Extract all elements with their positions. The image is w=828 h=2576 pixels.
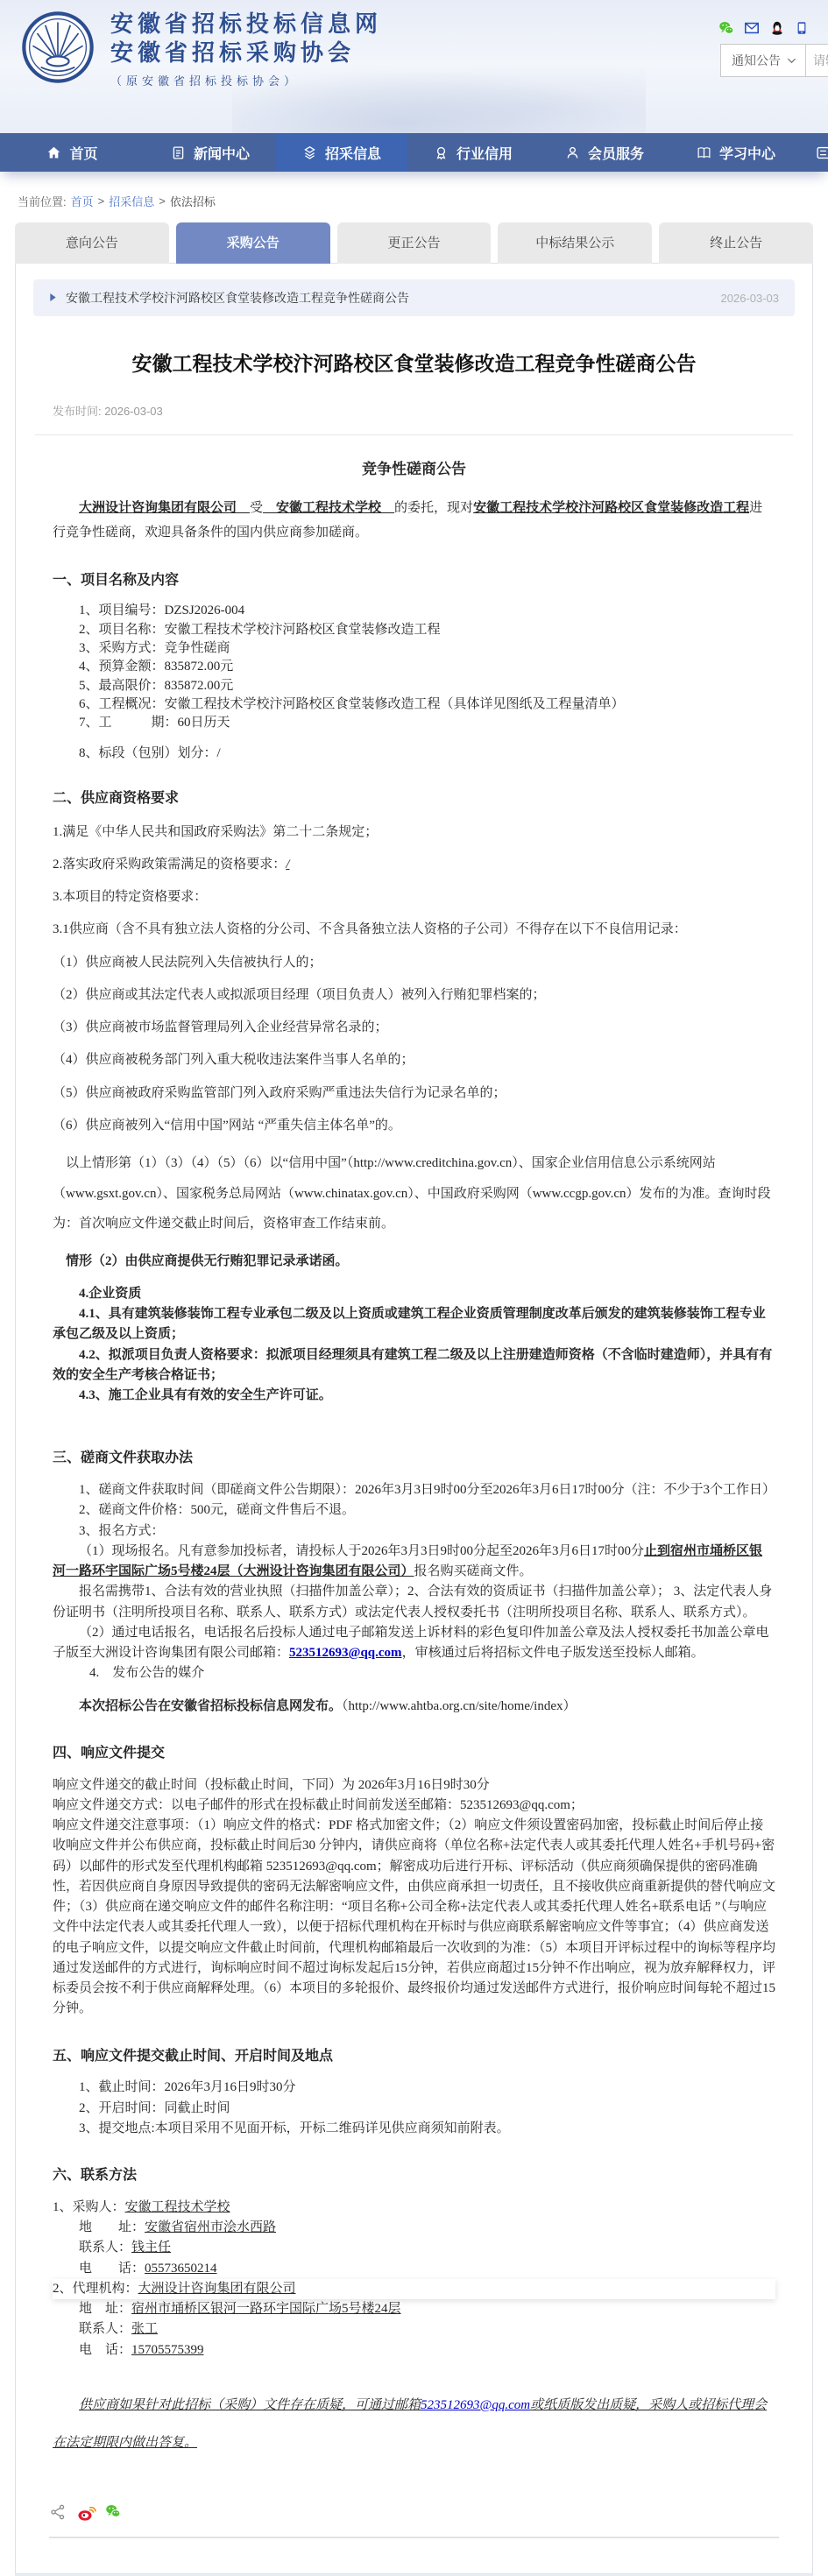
tab-更正公告[interactable]: 更正公告 (337, 222, 492, 264)
doc-paragraph: 1、截止时间：2026年3月16日9时30分 (53, 2078, 775, 2098)
news-icon (171, 145, 186, 160)
nav-item-news[interactable]: 新闻中心 (145, 133, 276, 172)
doc-text: 5、最高限价：835872.00元 (79, 679, 233, 693)
doc-paragraph: 情形（2）由供应商提供无行贿犯罪记录承诺函。 (53, 1252, 775, 1272)
doc-paragraph: 地 址：安徽省宿州市浍水西路 (53, 2218, 775, 2238)
site-title: 安徽省招标投标信息网 安徽省招标采购协会 （原安徽省招标投标协会） (110, 11, 382, 88)
doc-text: （6）供应商被列入“信用中国”网站 “严重失信主体名单”的。 (53, 1119, 401, 1133)
document-body: 竞争性磋商公告大洲设计咨询集团有限公司 受 安徽工程技术学校 的委托，现对安徽工… (53, 458, 775, 2461)
doc-paragraph: 8、标段（包别）划分：/ (53, 745, 775, 763)
caret-right-icon (49, 293, 57, 304)
doc-text: 2、代理机构： (53, 2282, 138, 2296)
doc-text: 一、项目名称及内容 (53, 573, 179, 588)
doc-text: 安徽工程技术学校汴河路校区食堂装修改造工程 (473, 501, 749, 515)
doc-paragraph: 6、工程概况：安徽工程技术学校汴河路校区食堂装修改造工程（具体详见图纸及工程量清… (53, 695, 775, 714)
doc-text: 响应文件递交方式：以电子邮件的形式在投标截止时间前发送至邮箱：523512693… (53, 1798, 584, 1812)
doc-text: 竞争性磋商公告 (362, 461, 466, 477)
mail-icon[interactable] (744, 20, 760, 36)
doc-paragraph: （6）供应商被列入“信用中国”网站 “严重失信主体名单”的。 (53, 1116, 775, 1136)
doc-paragraph: 大洲设计咨询集团有限公司 受 安徽工程技术学校 的委托，现对安徽工程技术学校汴河… (53, 496, 775, 546)
publish-time-label: 发布时间: (53, 405, 102, 418)
tab-中标结果公示[interactable]: 中标结果公示 (498, 222, 652, 264)
member-icon (565, 145, 580, 160)
doc-paragraph: 2.落实政府采购政策需满足的资格要求：/ (53, 855, 775, 875)
doc-text: 1、磋商文件获取时间（即磋商文件公告期限）：2026年3月3日9时00分至202… (79, 1483, 775, 1497)
doc-text: 2.落实政府采购政策需满足的资格要求： (53, 857, 286, 872)
site-subtitle: （原安徽省招标投标协会） (110, 72, 382, 88)
doc-heading: 三、磋商文件获取办法 (53, 1448, 775, 1470)
doc-heading: 竞争性磋商公告 (53, 458, 775, 481)
site-logo-block[interactable]: 安徽省招标投标信息网 安徽省招标采购协会 （原安徽省招标投标协会） (21, 11, 382, 88)
breadcrumb-current: 依法招标 (170, 193, 216, 209)
doc-text: 电 话： (79, 2343, 131, 2357)
weibo-icon[interactable] (77, 2503, 96, 2523)
doc-paragraph: 3、提交地点:本项目采用不见面开标，开标二维码详见供应商须知前附表。 (53, 2119, 775, 2139)
doc-paragraph: 1.满足《中华人民共和国政府采购法》第二十二条规定； (53, 822, 775, 843)
doc-text: 1、截止时间：2026年3月16日9时30分 (79, 2080, 296, 2094)
doc-paragraph: 4.1、具有建筑装修装饰工程专业承包二级及以上资质或建筑工程企业资质管理制度改革… (53, 1304, 775, 1345)
doc-heading: 四、响应文件提交 (53, 1743, 775, 1765)
article-title: 安徽工程技术学校汴河路校区食堂装修改造工程竞争性磋商公告 (60, 349, 768, 378)
doc-paragraph: 电 话：15705575399 (53, 2340, 775, 2361)
doc-paragraph: （1）供应商被人民法院列入失信被执行人的； (53, 953, 775, 973)
doc-paragraph: 3.本项目的特定资格要求： (53, 887, 775, 907)
doc-paragraph: （5）供应商被政府采购监管部门列入政府采购严重违法失信行为记录名单的； (53, 1083, 775, 1104)
doc-paragraph: 4、预算金额：835872.00元 (53, 658, 775, 676)
doc-text: 供应商如果针对此招标（采购）文件存在质疑，可通过邮箱 (79, 2398, 421, 2412)
doc-text: （2）供应商或其法定代表人或拟派项目经理（项目负责人）被列入行贿犯罪档案的； (53, 988, 546, 1002)
doc-paragraph: （3）供应商被市场监督管理局列入企业经营异常名录的； (53, 1018, 775, 1038)
study-icon (697, 145, 711, 160)
share-icon[interactable] (49, 2503, 68, 2523)
wechat-icon[interactable] (718, 20, 734, 36)
nav-bar: 首页新闻中心招采信息行业信用会员服务学习中心 (0, 133, 828, 172)
doc-text: 2、项目名称：安徽工程技术学校汴河路校区食堂装修改造工程 (79, 623, 441, 637)
nav-item-label: 行业信用 (456, 143, 513, 163)
nav-item-label: 会员服务 (588, 143, 644, 163)
search-category-label: 通知公告 (732, 52, 781, 69)
doc-text: 情形（2）由供应商提供无行贿犯罪记录承诺函。 (53, 1254, 349, 1268)
doc-text: （1）现场报名。凡有意参加投标者，请投标人于2026年3月3日9时00分起至20… (79, 1544, 644, 1558)
doc-paragraph: 1、项目编号：DZSJ2026-004 (53, 602, 775, 620)
doc-text: 报名购买磋商文件。 (414, 1564, 533, 1578)
doc-text: 4.2、拟派项目负责人资格要求：拟派项目经理须具有建筑工程二级及以上注册建造师资… (53, 1348, 772, 1382)
list-item-date: 2026-03-03 (721, 292, 780, 305)
nav-item-more[interactable] (802, 133, 828, 172)
doc-text: 4. 发布公告的媒介 (89, 1666, 204, 1680)
nav-item-industry-credit[interactable]: 行业信用 (407, 133, 539, 172)
doc-paragraph: 2、项目名称：安徽工程技术学校汴河路校区食堂装修改造工程 (53, 621, 775, 639)
breadcrumb-separator: > (159, 194, 166, 208)
doc-text: 6、工程概况：安徽工程技术学校汴河路校区食堂装修改造工程（具体详见图纸及工程量清… (79, 697, 625, 711)
doc-paragraph: 地 址：宿州市埇桥区银河一路环宇国际广场5号楼24层 (53, 2299, 775, 2319)
doc-paragraph: 2、开启时间：同截止时间 (53, 2099, 775, 2119)
doc-heading: 六、联系方法 (53, 2165, 775, 2187)
doc-text: 六、联系方法 (53, 2168, 137, 2183)
doc-text: 4、预算金额：835872.00元 (79, 660, 233, 674)
doc-text: （http://www.ahtba.org.cn/site/home/index… (342, 1699, 576, 1713)
doc-text: 五、响应文件提交截止时间、开启时间及地点 (53, 2049, 333, 2064)
doc-text: （1）供应商被人民法院列入失信被执行人的； (53, 956, 322, 970)
doc-paragraph: （1）现场报名。凡有意参加投标者，请投标人于2026年3月3日9时00分起至20… (53, 1542, 775, 1583)
breadcrumb: 当前位置: 首页>招采信息>依法招标 (18, 193, 828, 209)
header-quick-icons (718, 20, 810, 36)
doc-text: 3、报名方式： (79, 1524, 165, 1538)
doc-paragraph: 4.3、施工企业具有有效的安全生产许可证。 (53, 1386, 775, 1406)
breadcrumb-separator: > (98, 194, 105, 208)
doc-text: 响应文件递交注意事项：（1）响应文件的格式：PDF 格式加密文件；（2）响应文件… (53, 1818, 775, 2015)
doc-paragraph: 7、工 期：60日历天 (53, 714, 775, 732)
doc-paragraph: 4.企业资质 (53, 1284, 775, 1304)
site-title-line2: 安徽省招标采购协会 (110, 39, 382, 68)
doc-text: 二、供应商资格要求 (53, 791, 179, 806)
doc-paragraph: 联系人：钱主任 (53, 2238, 775, 2258)
tab-终止公告[interactable]: 终止公告 (659, 222, 813, 264)
doc-paragraph: 联系人：张工 (53, 2319, 775, 2340)
doc-paragraph: 1、磋商文件获取时间（即磋商文件公告期限）：2026年3月3日9时00分至202… (53, 1480, 775, 1500)
doc-text: 8、标段（包别）划分：/ (79, 746, 221, 760)
mobile-icon[interactable] (795, 20, 810, 36)
announcement-list: 安徽工程技术学校汴河路校区食堂装修改造工程竞争性磋商公告2026-03-03 (33, 279, 795, 316)
breadcrumb-label: 当前位置: (18, 193, 67, 209)
doc-text: 05573650214 (145, 2262, 217, 2276)
doc-text: 15705575399 (131, 2343, 204, 2357)
site-logo-icon (21, 11, 95, 88)
home-icon (46, 145, 61, 160)
content-card: 安徽工程技术学校汴河路校区食堂装修改造工程竞争性磋商公告2026-03-03 安… (15, 263, 813, 2574)
doc-heading: 一、项目名称及内容 (53, 570, 775, 592)
search-input[interactable] (806, 53, 828, 67)
doc-text: 4.企业资质 (79, 1287, 141, 1301)
doc-text: 1、采购人： (53, 2200, 125, 2214)
doc-text: 地 址： (79, 2302, 131, 2316)
doc-text: 联系人： (79, 2241, 131, 2255)
nav-item-label: 首页 (69, 143, 97, 163)
tab-采购公告[interactable]: 采购公告 (176, 222, 330, 264)
email-link[interactable]: 523512693@qq.com (289, 1646, 402, 1660)
doc-text: 2、磋商文件价格：500元，磋商文件售后不退。 (79, 1503, 355, 1517)
doc-text: ，审核通过后将招标文件电子版发送至投标人邮箱。 (402, 1646, 704, 1660)
list-item[interactable]: 安徽工程技术学校汴河路校区食堂装修改造工程竞争性磋商公告2026-03-03 (33, 279, 795, 316)
list-item-title: 安徽工程技术学校汴河路校区食堂装修改造工程竞争性磋商公告 (66, 289, 721, 307)
doc-text: （5）供应商被政府采购监管部门列入政府采购严重违法失信行为记录名单的； (53, 1086, 506, 1100)
doc-text: 2、开启时间：同截止时间 (79, 2101, 230, 2115)
doc-text: 7、工 期：60日历天 (79, 716, 230, 730)
doc-paragraph: 本次招标公告在安徽省招标投标信息网发布。（http://www.ahtba.or… (53, 1697, 775, 1717)
doc-paragraph: 2、磋商文件价格：500元，磋商文件售后不退。 (53, 1500, 775, 1521)
doc-text: 3、提交地点:本项目采用不见面开标，开标二维码详见供应商须知前附表。 (79, 2121, 510, 2135)
category-tabs: 意向公告采购公告更正公告中标结果公示终止公告 (15, 222, 813, 264)
doc-text: 三、磋商文件获取办法 (53, 1450, 193, 1465)
doc-heading: 二、供应商资格要求 (53, 788, 775, 810)
nav-item-label: 新闻中心 (194, 143, 250, 163)
search-category-select[interactable]: 通知公告 (721, 52, 805, 69)
doc-paragraph: （2）通过电话报名，电话报名后投标人通过电子邮箱发送上诉材料的彩色复印件加盖公章… (53, 1623, 775, 1664)
doc-text: 3、采购方式：竞争性磋商 (79, 641, 230, 655)
doc-text: 1.满足《中华人民共和国政府采购法》第二十二条规定； (53, 825, 378, 839)
doc-text: 安徽省宿州市浍水西路 (145, 2220, 276, 2234)
site-header: 安徽省招标投标信息网 安徽省招标采购协会 （原安徽省招标投标协会） 通知公告 (0, 0, 828, 133)
doc-text: （4）供应商被税务部门列入重大税收违法案件当事人名单的； (53, 1053, 414, 1067)
doc-text: 4.1、具有建筑装修装饰工程专业承包二级及以上资质或建筑工程企业资质管理制度改革… (53, 1307, 766, 1341)
nav-item-study-center[interactable]: 学习中心 (670, 133, 802, 172)
site-title-line1: 安徽省招标投标信息网 (110, 11, 382, 39)
breadcrumb-link[interactable]: 首页 (71, 193, 94, 209)
publish-time-value: 2026-03-03 (104, 405, 163, 418)
doc-paragraph: 响应文件递交注意事项：（1）响应文件的格式：PDF 格式加密文件；（2）响应文件… (53, 1816, 775, 2020)
doc-paragraph: 3.1供应商（含不具有独立法人资格的分公司、不含具备独立法人资格的子公司）不得存… (53, 920, 775, 940)
doc-text: 4.3、施工企业具有有效的安全生产许可证。 (79, 1388, 332, 1402)
nav-item-bidding-info[interactable]: 招采信息 (276, 133, 407, 172)
doc-paragraph: 供应商如果针对此招标（采购）文件存在质疑，可通过邮箱523512693@qq.c… (53, 2387, 775, 2462)
doc-text: （3）供应商被市场监督管理局列入企业经营异常名录的； (53, 1020, 388, 1034)
tab-意向公告[interactable]: 意向公告 (15, 222, 169, 264)
doc-heading: 五、响应文件提交截止时间、开启时间及地点 (53, 2046, 775, 2068)
title-divider (35, 434, 793, 435)
doc-text: 的委托，现对 (394, 501, 473, 515)
doc-paragraph: 响应文件递交的截止时间（投标截止时间，下同）为 2026年3月16日9时30分 (53, 1775, 775, 1796)
doc-text: 大洲设计咨询集团有限公司 (138, 2282, 296, 2296)
doc-text: 响应文件递交的截止时间（投标截止时间，下同）为 2026年3月16日9时30分 (53, 1778, 490, 1792)
breadcrumb-link[interactable]: 招采信息 (109, 193, 154, 209)
doc-text: 3.1供应商（含不具有独立法人资格的分公司、不含具备独立法人资格的子公司）不得存… (53, 922, 687, 936)
doc-text: 大洲设计咨询集团有限公司 (79, 501, 250, 515)
nav-item-member-services[interactable]: 会员服务 (539, 133, 670, 172)
qq-icon[interactable] (769, 20, 785, 36)
doc-paragraph: 4. 发布公告的媒介 (53, 1663, 775, 1683)
wechat-icon[interactable] (105, 2503, 124, 2523)
doc-text: 报名需携带1、合法有效的营业执照（扫描件加盖公章）；2、合法有效的资质证书（扫描… (53, 1584, 772, 1619)
doc-text: 联系人： (79, 2322, 131, 2336)
page: 安徽省招标投标信息网 安徽省招标采购协会 （原安徽省招标投标协会） 通知公告 首… (0, 0, 828, 2576)
doc-paragraph: （4）供应商被税务部门列入重大税收违法案件当事人名单的； (53, 1050, 775, 1070)
doc-text: 四、响应文件提交 (53, 1746, 165, 1761)
doc-paragraph: 报名需携带1、合法有效的营业执照（扫描件加盖公章）；2、合法有效的资质证书（扫描… (53, 1582, 775, 1623)
doc-text: 本次招标公告在安徽省招标投标信息网发布。 (79, 1699, 342, 1713)
nav-item-home[interactable]: 首页 (0, 133, 145, 172)
doc-paragraph: 4.2、拟派项目负责人资格要求：拟派项目经理须具有建筑工程二级及以上注册建造师资… (53, 1345, 775, 1387)
doc-text: / (286, 857, 289, 872)
doc-paragraph: 2、代理机构：大洲设计咨询集团有限公司 (53, 2279, 775, 2299)
doc-text: 地 址： (79, 2220, 145, 2234)
doc-text: 电 话： (79, 2262, 145, 2276)
doc-text: 安徽工程技术学校 (125, 2200, 230, 2214)
doc-paragraph: 电 话：05573650214 (53, 2259, 775, 2279)
doc-text: 受 (250, 501, 263, 515)
doc-text: 安徽工程技术学校 (263, 501, 394, 515)
extra-icon (816, 145, 828, 160)
doc-text: 1、项目编号：DZSJ2026-004 (79, 603, 244, 618)
bottom-divider (49, 2537, 779, 2538)
info-icon (302, 145, 317, 160)
credit-icon (434, 145, 449, 160)
nav-item-label: 学习中心 (719, 143, 775, 163)
doc-paragraph: 3、采购方式：竞争性磋商 (53, 639, 775, 658)
email-link[interactable]: 523512693@qq.com (421, 2398, 530, 2412)
doc-paragraph: 3、报名方式： (53, 1521, 775, 1542)
doc-paragraph: 响应文件递交方式：以电子邮件的形式在投标截止时间前发送至邮箱：523512693… (53, 1796, 775, 1816)
doc-paragraph: 1、采购人：安徽工程技术学校 (53, 2198, 775, 2218)
doc-text: 宿州市埇桥区银河一路环宇国际广场5号楼24层 (131, 2302, 401, 2316)
chevron-down-icon (787, 56, 796, 66)
doc-paragraph: 5、最高限价：835872.00元 (53, 677, 775, 695)
doc-text: 3.本项目的特定资格要求： (53, 890, 207, 904)
doc-text: 钱主任 (131, 2241, 171, 2255)
doc-paragraph: （2）供应商或其法定代表人或拟派项目经理（项目负责人）被列入行贿犯罪档案的； (53, 985, 775, 1006)
doc-text: 张工 (131, 2322, 158, 2336)
doc-paragraph: 以上情形第（1）（3）（4）（5）（6）以“信用中国”（http://www.c… (53, 1148, 775, 1239)
search-bar: 通知公告 (720, 44, 828, 77)
doc-text: 以上情形第（1）（3）（4）（5）（6）以“信用中国”（http://www.c… (53, 1156, 771, 1231)
publish-time-row: 发布时间: 2026-03-03 (53, 402, 795, 419)
nav-item-label: 招采信息 (325, 143, 381, 163)
share-row (49, 2503, 795, 2523)
